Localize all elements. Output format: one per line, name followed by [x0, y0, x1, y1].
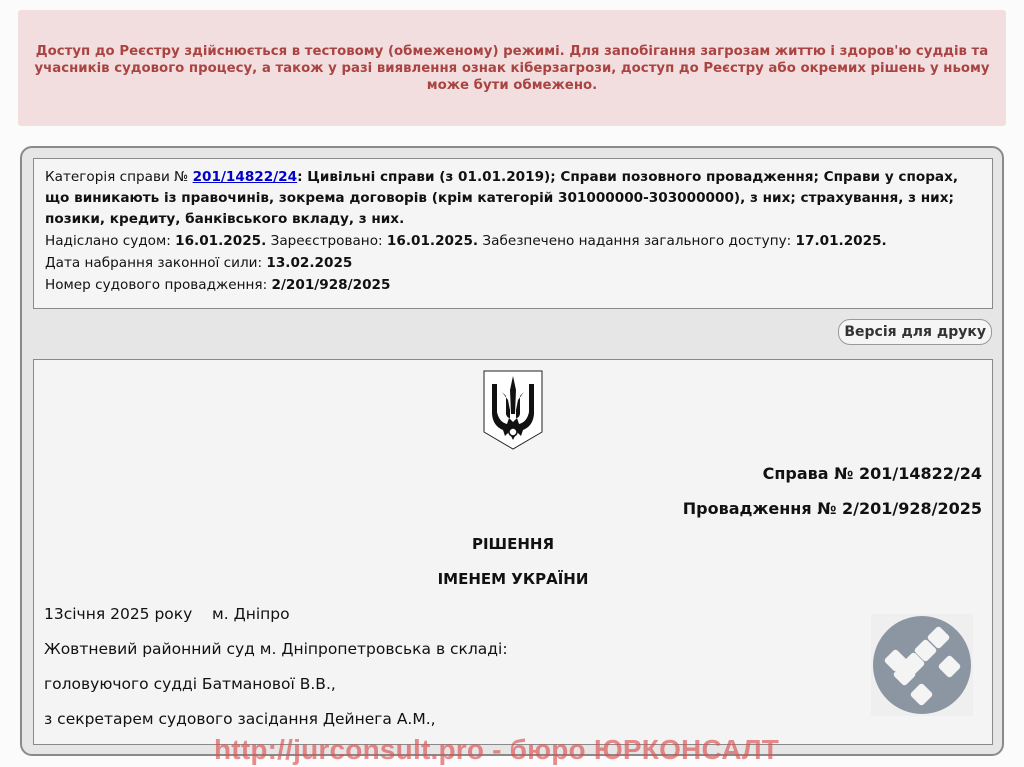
notice-text: Доступ до Реєстру здійснюється в тестово…	[32, 43, 992, 94]
access-label: Забезпечено надання загального доступу:	[478, 233, 795, 249]
registry-logo-icon	[871, 614, 973, 716]
case-number-link[interactable]: 201/14822/24	[193, 169, 298, 185]
secretary-line: з секретарем судового засідання Дейнега …	[44, 710, 436, 728]
ukraine-coat-of-arms-icon	[483, 370, 543, 450]
case-number-heading: Справа № 201/14822/24	[763, 464, 982, 483]
dates-line: Надіслано судом: 16.01.2025. Зареєстрова…	[45, 230, 981, 252]
print-version-button[interactable]: Версія для друку	[838, 319, 992, 345]
effective-date: 13.02.2025	[266, 255, 352, 271]
registered-date: 16.01.2025.	[387, 233, 478, 249]
category-label: Категорія справи №	[45, 169, 193, 185]
watermark-text: http://jurconsult.pro - бюро ЮРКОНСАЛТ	[214, 734, 779, 766]
case-category: Категорія справи № 201/14822/24: Цивільн…	[45, 167, 981, 230]
access-notice-banner: Доступ до Реєстру здійснюється в тестово…	[18, 10, 1006, 126]
registered-label: Зареєстровано:	[266, 233, 387, 249]
decision-title: РІШЕННЯ	[34, 535, 992, 553]
case-info-panel: Категорія справи № 201/14822/24: Цивільн…	[33, 158, 993, 309]
court-line: Жовтневий районний суд м. Дніпропетровсь…	[44, 640, 508, 658]
decision-container: Категорія справи № 201/14822/24: Цивільн…	[20, 146, 1004, 756]
proceeding-number: 2/201/928/2025	[272, 277, 391, 293]
access-date: 17.01.2025.	[796, 233, 887, 249]
proceeding-label: Номер судового провадження:	[45, 277, 272, 293]
sent-label: Надіслано судом:	[45, 233, 175, 249]
sent-date: 16.01.2025.	[175, 233, 266, 249]
judge-line: головуючого судді Батманової В.В.,	[44, 675, 336, 693]
decision-subtitle: ІМЕНЕМ УКРАЇНИ	[34, 570, 992, 588]
proceeding-number-heading: Провадження № 2/201/928/2025	[683, 499, 982, 518]
proceeding-line: Номер судового провадження: 2/201/928/20…	[45, 274, 981, 296]
decision-document: Справа № 201/14822/24 Провадження № 2/20…	[33, 359, 993, 745]
date-place-line: 13січня 2025 року м. Дніпро	[44, 605, 290, 623]
effective-date-line: Дата набрання законної сили: 13.02.2025	[45, 252, 981, 274]
effective-label: Дата набрання законної сили:	[45, 255, 266, 271]
